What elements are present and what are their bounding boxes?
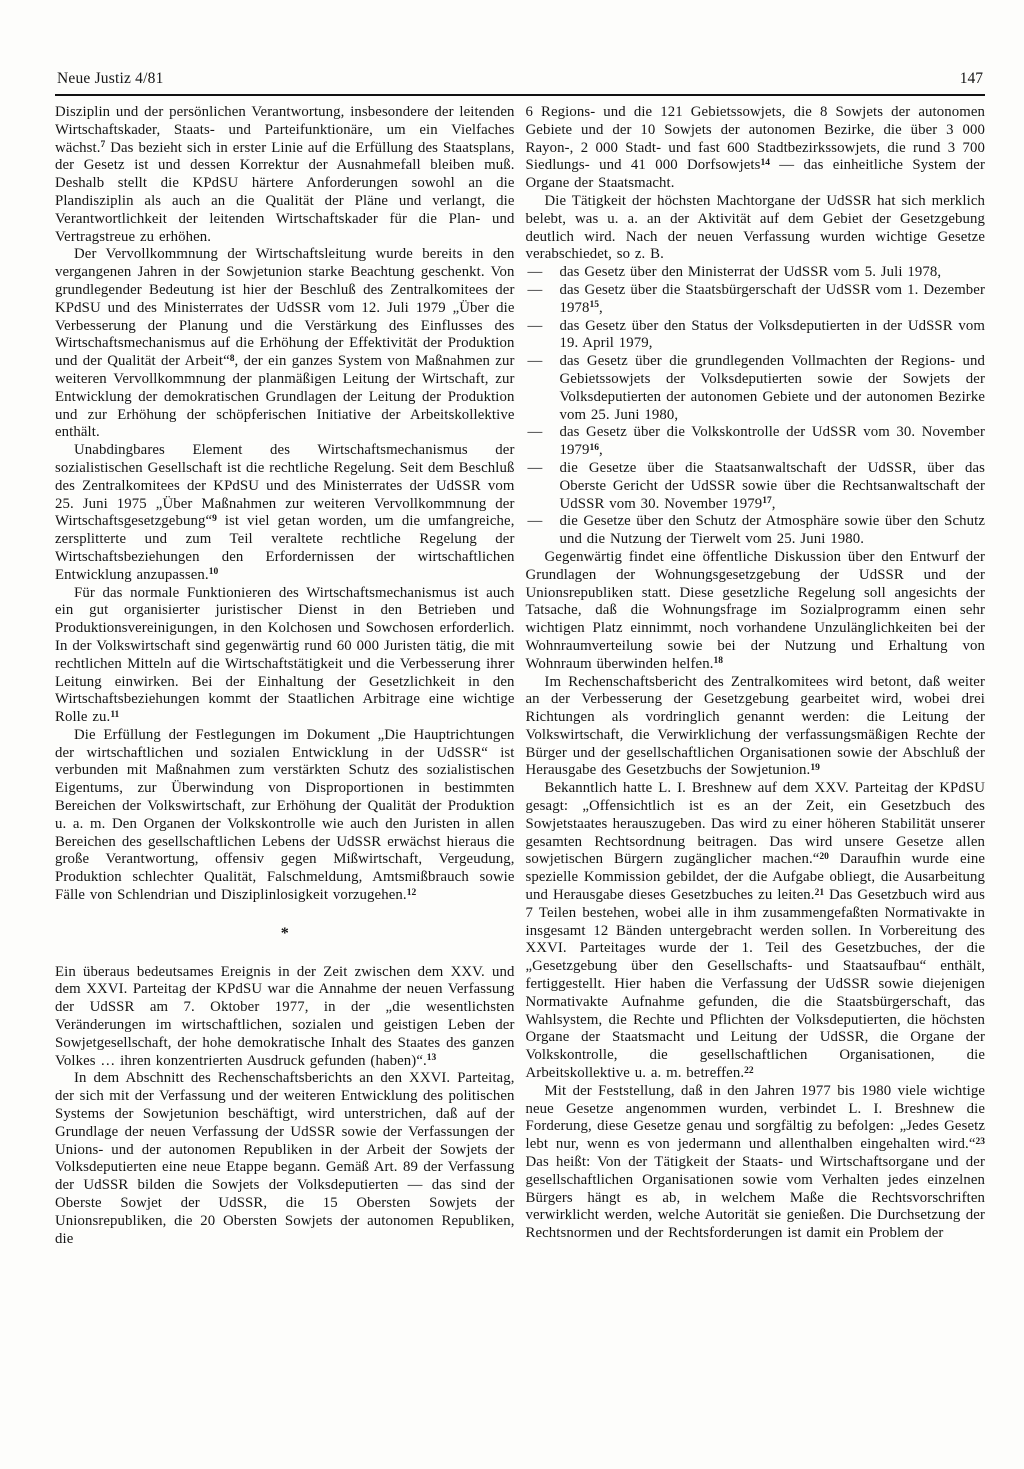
law-list-item: —das Gesetz über die Volkskontrolle der … [526, 424, 986, 460]
footnote-marker: 21 [815, 888, 825, 898]
journal-title: Neue Justiz 4/81 [57, 70, 164, 88]
dash-bullet: — [528, 460, 543, 478]
list-item-text: das Gesetz über die Staatsbürgerschaft d… [560, 282, 986, 316]
law-list-item: —das Gesetz über den Status der Volksdep… [526, 318, 986, 354]
list-item-text: die Gesetze über den Schutz der Atmosphä… [560, 513, 986, 547]
dash-bullet: — [528, 353, 543, 371]
footnote-marker: 9 [212, 514, 217, 524]
paragraph: Für das normale Funktionieren des Wirtsc… [55, 585, 515, 727]
list-item-text: das Gesetz über die Volkskontrolle der U… [560, 424, 986, 458]
paragraph: Ein überaus bedeutsames Ereignis in der … [55, 964, 515, 1071]
footnote-marker: 12 [407, 888, 417, 898]
paragraph: Im Rechenschaftsbericht des Zentralkomit… [526, 674, 986, 781]
footnote-marker: 20 [819, 852, 829, 862]
list-item-text: das Gesetz über den Ministerrat der UdSS… [560, 264, 942, 280]
footnote-marker: 22 [744, 1066, 754, 1076]
right-column: 6 Regions- und die 121 Gebietssowjets, d… [526, 104, 986, 1248]
two-column-text: Disziplin und der persönlichen Verantwor… [55, 104, 985, 1248]
list-item-text: das Gesetz über den Status der Volksdepu… [560, 318, 986, 352]
footnote-marker: 18 [714, 656, 724, 666]
footnote-marker: 15 [590, 300, 600, 310]
paragraph: Unabdingbares Element des Wirtschaftsmec… [55, 442, 515, 584]
page-number: 147 [960, 70, 983, 88]
journal-page: Neue Justiz 4/81 147 Disziplin und der p… [0, 0, 1024, 1469]
law-list-item: —das Gesetz über den Ministerrat der UdS… [526, 264, 986, 282]
footnote-marker: 13 [427, 1053, 437, 1063]
dash-bullet: — [528, 513, 543, 531]
footnote-marker: 17 [762, 496, 772, 506]
footnote-marker: 10 [209, 567, 219, 577]
paragraph: Die Erfüllung der Festlegungen im Dokume… [55, 727, 515, 905]
paragraph: Der Vervollkommnung der Wirtschaftsleitu… [55, 246, 515, 442]
section-separator: * [55, 925, 515, 943]
dash-bullet: — [528, 318, 543, 336]
left-column: Disziplin und der persönlichen Verantwor… [55, 104, 515, 1248]
paragraph: Mit der Feststellung, daß in den Jahren … [526, 1083, 986, 1243]
paragraph: In dem Abschnitt des Rechenschaftsberich… [55, 1070, 515, 1248]
footnote-marker: 19 [810, 763, 820, 773]
footnote-marker: 11 [110, 710, 119, 720]
footnote-marker: 23 [976, 1137, 986, 1147]
dash-bullet: — [528, 282, 543, 300]
paragraph: Bekanntlich hatte L. I. Breshnew auf dem… [526, 780, 986, 1083]
dash-bullet: — [528, 264, 543, 282]
paragraph: Gegenwärtig findet eine öffentliche Disk… [526, 549, 986, 674]
law-list-item: —das Gesetz über die Staatsbürgerschaft … [526, 282, 986, 318]
paragraph: 6 Regions- und die 121 Gebietssowjets, d… [526, 104, 986, 193]
paragraph: Die Tätigkeit der höchsten Machtorgane d… [526, 193, 986, 264]
list-item-text: das Gesetz über die grundlegenden Vollma… [560, 353, 986, 422]
footnote-marker: 8 [230, 354, 235, 364]
law-list-item: —die Gesetze über den Schutz der Atmosph… [526, 513, 986, 549]
law-list-item: —die Gesetze über die Staatsanwaltschaft… [526, 460, 986, 513]
list-item-text: die Gesetze über die Staatsanwaltschaft … [560, 460, 986, 512]
page-header: Neue Justiz 4/81 147 [55, 70, 985, 96]
law-list-item: —das Gesetz über die grundlegenden Vollm… [526, 353, 986, 424]
dash-bullet: — [528, 424, 543, 442]
footnote-marker: 16 [590, 443, 600, 453]
paragraph: Disziplin und der persönlichen Verantwor… [55, 104, 515, 246]
footnote-marker: 7 [101, 140, 106, 150]
footnote-marker: 14 [760, 158, 770, 168]
